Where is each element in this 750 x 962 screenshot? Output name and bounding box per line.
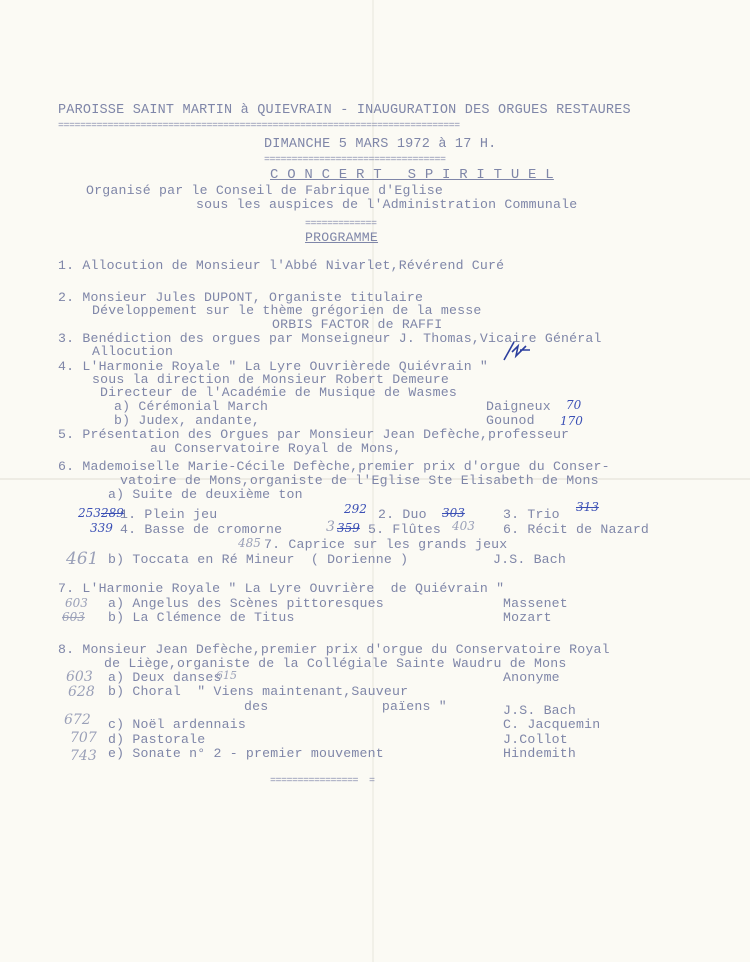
- programme-item-8d: d) Pastorale: [108, 733, 205, 747]
- programme-item-8-detail: de Liège,organiste de la Collégiale Sain…: [104, 657, 567, 671]
- programme-item-6: 6. Mademoiselle Marie-Cécile Defèche,pre…: [58, 460, 610, 474]
- annotation-8a: 603: [66, 669, 93, 685]
- programme-item-8e-composer: Hindemith: [503, 747, 576, 761]
- organized-by-line1: Organisé par le Conseil de Fabrique d'Eg…: [86, 184, 443, 198]
- annotation-6b: 461: [66, 549, 98, 569]
- annotation-6a1-right: 292: [344, 502, 367, 516]
- programme-item-1: 1. Allocution de Monsieur l'Abbé Nivarle…: [58, 259, 504, 273]
- programme-heading: PROGRAMME: [305, 231, 378, 245]
- annotation-6a7: 485: [238, 536, 261, 550]
- programme-item-6b-composer: J.S. Bach: [493, 553, 566, 567]
- annotation-8e: 743: [70, 748, 97, 764]
- programme-item-4a-composer: Daigneux: [486, 400, 551, 414]
- programme-item-8b-cont: des païens ": [244, 700, 447, 714]
- programme-item-2-detail: Développement sur le thème grégorien de …: [92, 304, 481, 318]
- annotation-6a4-left: 339: [90, 521, 113, 535]
- programme-rule: =============: [305, 219, 377, 230]
- annotation-6a1-left: 253: [78, 506, 101, 520]
- programme-item-7a-composer: Massenet: [503, 597, 568, 611]
- programme-item-8b: b) Choral " Viens maintenant,Sauveur: [108, 685, 408, 699]
- programme-item-8d-composer: J.Collot: [503, 733, 568, 747]
- annotation-6a4-pencil: 3: [326, 519, 335, 535]
- programme-item-8c-composer: C. Jacquemin: [503, 718, 600, 732]
- annotation-6a3: 313: [576, 500, 599, 514]
- handwritten-initials-mark: [500, 338, 534, 362]
- programme-item-6a: a) Suite de deuxième ton: [108, 488, 303, 502]
- event-date: DIMANCHE 5 MARS 1972 à 17 H.: [264, 138, 496, 152]
- movement-5: 5. Flûtes: [368, 523, 441, 537]
- programme-item-7b-composer: Mozart: [503, 611, 552, 625]
- annotation-6a5: 403: [452, 519, 475, 533]
- programme-item-3-detail: Allocution: [92, 345, 173, 359]
- movement-2: 2. Duo: [378, 508, 427, 522]
- movement-3: 3. Trio: [503, 508, 560, 522]
- movement-7: 7. Caprice sur les grands jeux: [264, 538, 507, 552]
- programme-item-8b-composer: J.S. Bach: [503, 704, 576, 718]
- programme-item-8e: e) Sonate n° 2 - premier mouvement: [108, 747, 384, 761]
- programme-item-5: 5. Présentation des Orgues par Monsieur …: [58, 428, 569, 442]
- annotation-4a: 70: [566, 398, 581, 412]
- programme-item-5-detail: au Conservatoire Royal de Mons,: [150, 442, 402, 456]
- movement-6: 6. Récit de Nazard: [503, 523, 649, 537]
- annotation-7b-struck: 603: [62, 610, 85, 624]
- programme-item-7: 7. L'Harmonie Royale " La Lyre Ouvrière …: [58, 582, 504, 596]
- title-rule: ========================================…: [58, 121, 460, 132]
- programme-item-8: 8. Monsieur Jean Defèche,premier prix d'…: [58, 643, 610, 657]
- annotation-4b: 170: [560, 414, 583, 428]
- annotation-6a2: 303: [442, 506, 465, 520]
- programme-item-8a-composer: Anonyme: [503, 671, 560, 685]
- annotation-8b: 628: [68, 684, 95, 700]
- programme-item-4a: a) Cérémonial March: [114, 400, 268, 414]
- programme-item-6b: b) Toccata en Ré Mineur ( Dorienne ): [108, 553, 408, 567]
- programme-item-6-detail: vatoire de Mons,organiste de l'Eglise St…: [120, 474, 599, 488]
- movement-1: 1. Plein jeu: [120, 508, 217, 522]
- date-rule: =================================: [264, 155, 446, 166]
- annotation-7a: 603: [65, 596, 88, 610]
- programme-item-7a: a) Angelus des Scènes pittoresques: [108, 597, 384, 611]
- programme-item-2-title: ORBIS FACTOR de RAFFI: [272, 318, 442, 332]
- programme-item-4b: b) Judex, andante,: [114, 414, 260, 428]
- annotation-8c: 672: [64, 712, 91, 728]
- organized-by-line2: sous les auspices de l'Administration Co…: [196, 198, 577, 212]
- annotation-6a4-right: 359: [337, 521, 360, 535]
- concert-heading: C O N C E R T S P I R I T U E L: [270, 168, 554, 182]
- movement-4: 4. Basse de cromorne: [120, 523, 282, 537]
- annotation-8a-right: 615: [216, 669, 237, 682]
- document-title: PAROISSE SAINT MARTIN à QUIEVRAIN - INAU…: [58, 104, 631, 118]
- programme-item-7b: b) La Clémence de Titus: [108, 611, 295, 625]
- programme-item-8a: a) Deux danses: [108, 671, 222, 685]
- programme-item-8c: c) Noël ardennais: [108, 718, 246, 732]
- programme-item-4b-composer: Gounod: [486, 414, 535, 428]
- programme-item-4-director: Directeur de l'Académie de Musique de Wa…: [100, 386, 457, 400]
- footer-rule: ================ =: [270, 776, 375, 787]
- annotation-8d: 707: [70, 730, 97, 746]
